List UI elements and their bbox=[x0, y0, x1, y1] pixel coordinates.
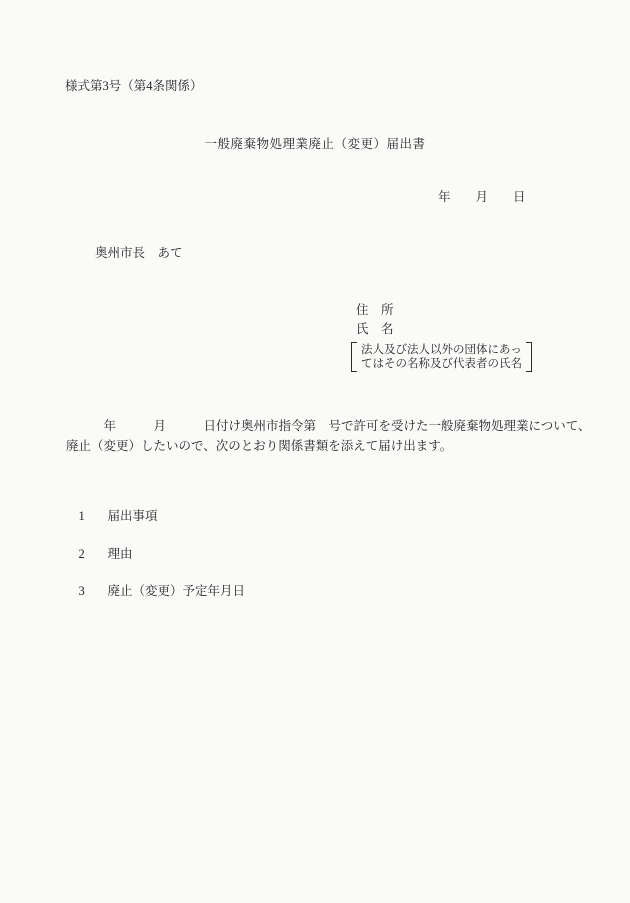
corporate-name-note-line1: 法人及び法人以外の団体にあっ bbox=[361, 344, 522, 356]
list-item-label: 届出事項 bbox=[108, 509, 158, 523]
body-paragraph: 年 月 日付け奥州市指令第 号で許可を受けた一般廃棄物処理業について、 廃止（変… bbox=[66, 417, 576, 456]
list-item-number: 3 bbox=[79, 584, 108, 599]
list-item-label: 理由 bbox=[108, 547, 133, 561]
body-paragraph-line2: 廃止（変更）したいので、次のとおり関係書類を添えて届け出ます。 bbox=[66, 437, 576, 457]
sender-name-label: 氏 名 bbox=[356, 322, 394, 336]
list-item-scheduled-date: 3廃止（変更）予定年月日 bbox=[66, 566, 245, 614]
corporate-name-note: 法人及び法人以外の団体にあってはその名称及び代表者の氏名 bbox=[351, 342, 532, 372]
list-item-label: 廃止（変更）予定年月日 bbox=[108, 584, 246, 598]
date-line: 年 月 日 bbox=[438, 190, 526, 204]
list-item-number: 1 bbox=[79, 509, 108, 524]
corporate-name-note-text: 法人及び法人以外の団体にあってはその名称及び代表者の氏名 bbox=[361, 342, 522, 372]
sender-address-label: 住 所 bbox=[356, 303, 394, 317]
addressee-line: 奥州市長 あて bbox=[95, 246, 183, 260]
document-page: 様式第3号（第4条関係） 一般廃棄物処理業廃止（変更）届出書 年 月 日 奥州市… bbox=[0, 0, 630, 903]
form-number: 様式第3号（第4条関係） bbox=[65, 79, 203, 93]
list-item-number: 2 bbox=[79, 547, 108, 562]
body-paragraph-line1: 年 月 日付け奥州市指令第 号で許可を受けた一般廃棄物処理業について、 bbox=[66, 417, 576, 437]
document-title: 一般廃棄物処理業廃止（変更）届出書 bbox=[0, 137, 630, 151]
right-bracket bbox=[526, 342, 532, 372]
corporate-name-note-line2: てはその名称及び代表者の氏名 bbox=[361, 358, 522, 370]
left-bracket bbox=[351, 342, 357, 372]
